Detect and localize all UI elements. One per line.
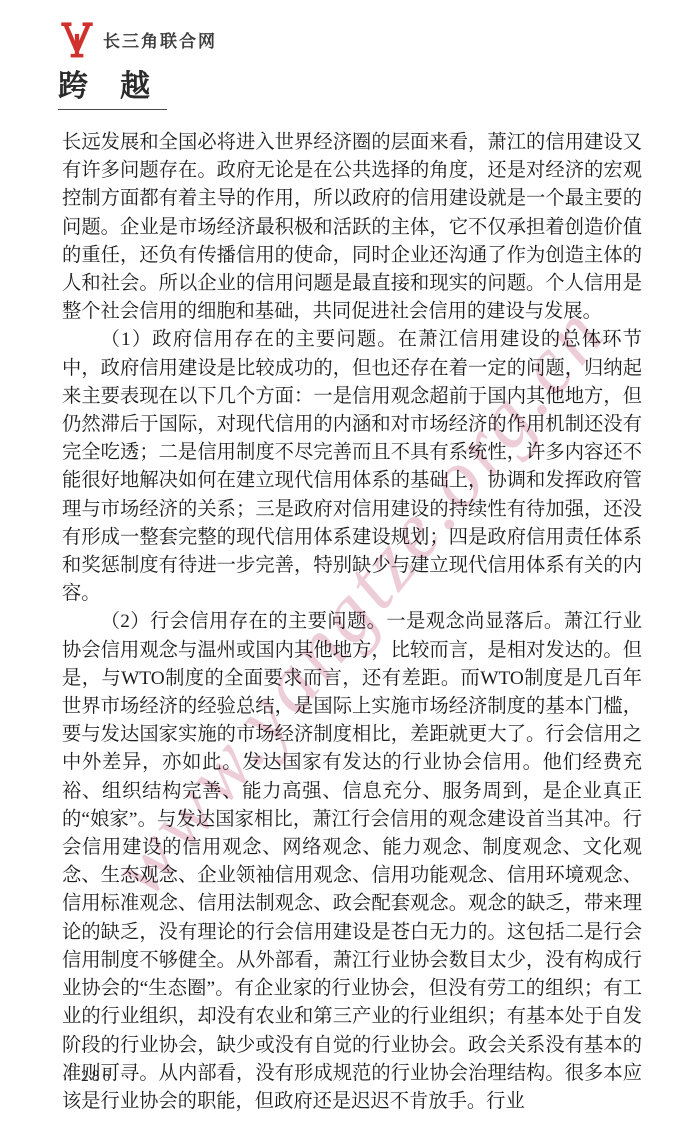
book-page: 长三角联合网 跨 越 长远发展和全国必将进入世界经济圈的层面来看，萧江的信用建设… (0, 0, 700, 1144)
paragraph-guild-credit: （2）行会信用存在的主要问题。一是观念尚显落后。萧江行业协会信用观念与温州或国内… (62, 608, 642, 1116)
chapter-title: 跨 越 (58, 70, 167, 110)
paragraph-intro: 长远发展和全国必将进入世界经济圈的层面来看，萧江的信用建设又有许多问题存在。政府… (62, 129, 642, 326)
page-footer: · 286 · (66, 1068, 128, 1086)
site-name: 长三角联合网 (103, 27, 217, 52)
yangtze-trident-logo-icon (60, 20, 94, 58)
site-header: 长三角联合网 (60, 20, 217, 58)
page-body: 长远发展和全国必将进入世界经济圈的层面来看，萧江的信用建设又有许多问题存在。政府… (62, 129, 642, 1116)
page-number: · 286 · (66, 1068, 128, 1085)
paragraph-government-credit: （1）政府信用存在的主要问题。在萧江信用建设的总体环节中，政府信用建设是比较成功… (62, 326, 642, 608)
